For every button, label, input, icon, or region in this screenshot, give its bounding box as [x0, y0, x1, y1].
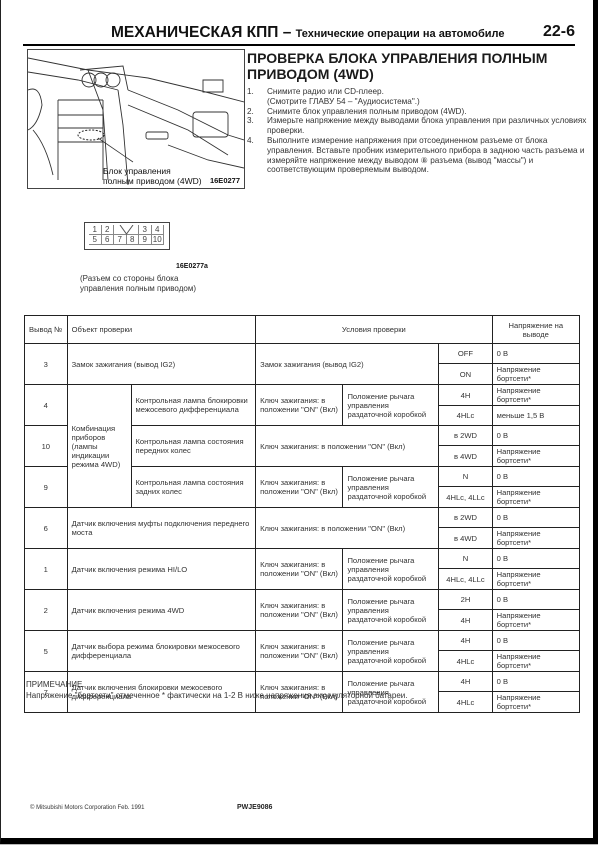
voltage-check-table: Вывод № Объект проверки Условия проверки… — [24, 315, 580, 713]
step-2: 2. Снимите блок управления полным привод… — [247, 107, 587, 117]
connector-code: 16E0277a — [176, 263, 208, 270]
step-3: 3. Измерьте напряжение между выводами бл… — [247, 116, 587, 136]
table-row: 1 Датчик включения режима HI/LO Ключ заж… — [25, 549, 580, 569]
chapter-name: МЕХАНИЧЕСКАЯ КПП — [111, 24, 278, 41]
page-header: МЕХАНИЧЕСКАЯ КПП – Технические операции … — [23, 22, 575, 46]
table-row: 2 Датчик включения режима 4WD Ключ зажиг… — [25, 590, 580, 610]
pin-6: 6 — [102, 235, 115, 245]
copyright: © Mitsubishi Motors Corporation Feb. 199… — [30, 805, 144, 811]
table-row: 4 Комбинация приборов (лампы индикации р… — [25, 385, 580, 406]
pin-9: 9 — [139, 235, 152, 245]
connector-key — [114, 225, 139, 235]
title-dash: – — [278, 24, 295, 41]
step-4: 4. Выполните измерение напряжения при от… — [247, 136, 587, 175]
table-header-row: Вывод № Объект проверки Условия проверки… — [25, 316, 580, 344]
pin-7: 7 — [114, 235, 127, 245]
manual-page: МЕХАНИЧЕСКАЯ КПП – Технические операции … — [0, 0, 598, 844]
header-conditions: Условия проверки — [256, 316, 492, 344]
table-row: 3 Замок зажигания (вывод IG2) Замок зажи… — [25, 344, 580, 364]
section-title: ПРОВЕРКА БЛОКА УПРАВЛЕНИЯ ПОЛНЫМ ПРИВОДО… — [247, 51, 587, 82]
page-number: 22-6 — [543, 23, 575, 41]
connector-pins: 1 2 3 4 5 6 7 8 9 10 — [89, 225, 164, 245]
pin-5: 5 — [89, 235, 102, 245]
chapter-subtitle: Технические операции на автомобиле — [296, 28, 505, 40]
pin-2: 2 — [102, 225, 115, 235]
document-code: PWJE9086 — [237, 804, 272, 811]
step-1: 1. Снимите радио или CD-плеер.(Смотрите … — [247, 87, 587, 107]
header-object: Объект проверки — [67, 316, 256, 344]
chapter-title: МЕХАНИЧЕСКАЯ КПП – Технические операции … — [111, 24, 504, 42]
control-unit-label: Блок управления полным приводом (4WD) — [103, 166, 202, 186]
connector-caption: (Разъем со стороны блока управления полн… — [80, 274, 196, 293]
table-row: 5 Датчик выбора режима блокировки межосе… — [25, 631, 580, 651]
note-text: Напряжение "бортсети" отмеченное * факти… — [26, 691, 407, 700]
dashboard-illustration: Блок управления полным приводом (4WD) 16… — [27, 49, 245, 189]
header-pin: Вывод № — [25, 316, 68, 344]
pin-1: 1 — [89, 225, 102, 235]
table-row: 6 Датчик включения муфты подключения пер… — [25, 508, 580, 528]
illustration-code: 16E0277 — [210, 176, 240, 185]
pin-10: 10 — [152, 235, 165, 245]
note-title: ПРИМЕЧАНИЕ — [26, 680, 82, 689]
procedure-steps: 1. Снимите радио или CD-плеер.(Смотрите … — [247, 87, 587, 175]
pin-8: 8 — [127, 235, 140, 245]
table-row: 7 Датчик включения блокировки межосевого… — [25, 672, 580, 692]
pin-3: 3 — [139, 225, 152, 235]
pin-4: 4 — [152, 225, 165, 235]
connector-diagram: 1 2 3 4 5 6 7 8 9 10 — [84, 222, 170, 250]
header-voltage: Напряжение на выводе — [492, 316, 579, 344]
